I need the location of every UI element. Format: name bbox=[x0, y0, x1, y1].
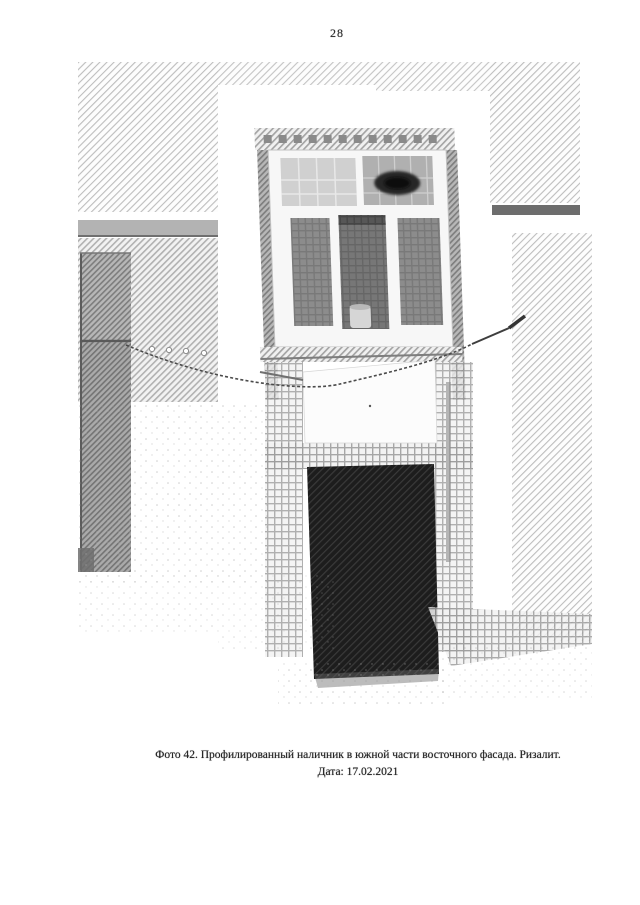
window-architrave bbox=[252, 128, 465, 400]
figure-caption: Фото 42. Профилированный наличник в южно… bbox=[98, 747, 618, 780]
facade-photo-drawing bbox=[78, 62, 592, 705]
window-apron-panel bbox=[303, 360, 437, 443]
belt-course bbox=[492, 205, 580, 215]
figure-caption-line-2: Дата: 17.02.2021 bbox=[98, 764, 618, 781]
window-pane-transom-left bbox=[280, 158, 357, 206]
figure-caption-line-1: Фото 42. Профилированный наличник в южно… bbox=[98, 747, 618, 764]
scanned-document-page: 28 bbox=[0, 0, 640, 905]
left-ledge bbox=[78, 220, 218, 236]
facade-photo bbox=[78, 62, 592, 705]
page-number: 28 bbox=[78, 26, 596, 41]
window bbox=[268, 150, 453, 347]
